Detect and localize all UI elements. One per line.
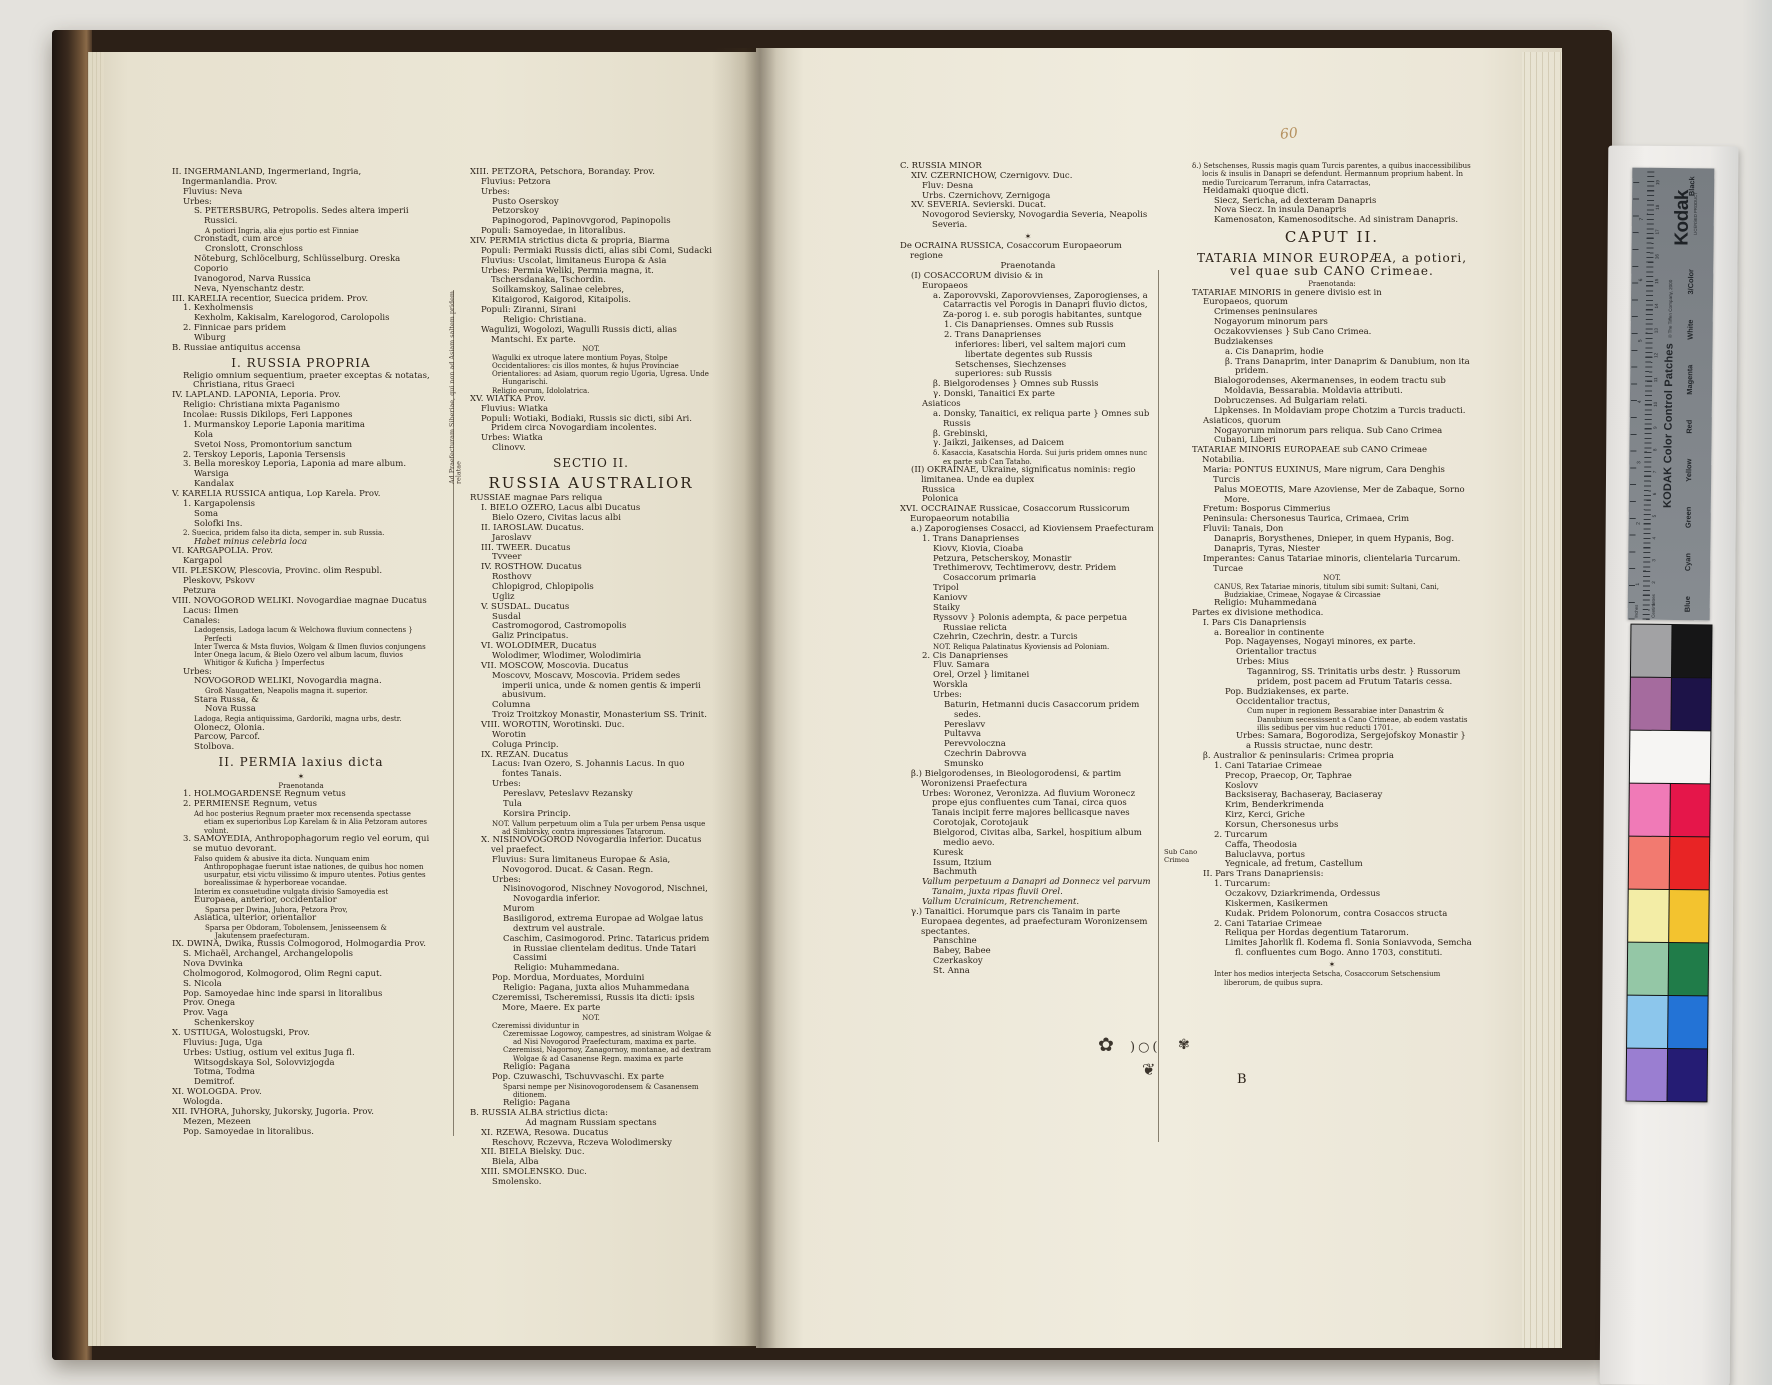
text-line: ✶: [1192, 959, 1472, 970]
text-line: Urbes: Samara, Bogorodiza, Sergejofskoy …: [1192, 732, 1472, 752]
text-line: Pop. Nagayenses, Nogayi minores, ex part…: [1192, 638, 1472, 648]
text-line: II. PERMIA laxius dicta: [172, 753, 430, 771]
text-line: Pop. Samoyedae in litoralibus.: [172, 1128, 430, 1138]
text-line: NOT. Vallum perpetuum olim a Tula per ur…: [470, 820, 712, 837]
label: 6: [1638, 279, 1644, 282]
color-patch: [1627, 996, 1667, 1048]
text-line: Maria: PONTUS EUXINUS, Mare nigrum, Cara…: [1192, 466, 1472, 486]
text-line: Baturin, Hetmanni ducis Casaccorum pride…: [900, 701, 1156, 721]
label: 15: [1654, 279, 1659, 284]
text-line: Lacus: Ivan Ozero, S. Johannis Lacus. In…: [470, 760, 712, 780]
text-line: Pop. Budziakenses, ex parte.: [1192, 688, 1472, 698]
text-line: Urbes: Woronez, Veronizza. Ad fluvium Wo…: [900, 790, 1156, 820]
text-line: Novogorod Seviersky, Novogardia Severia,…: [900, 211, 1156, 231]
column-divider-right: [1158, 270, 1159, 1142]
label: 12: [1653, 353, 1658, 358]
color-patch: [1671, 678, 1711, 730]
text-line: Bialogorodenses, Akermanenses, in eodem …: [1192, 377, 1472, 397]
fleuron-ornament-icon: ✾: [1178, 1037, 1190, 1053]
text-line: Canales:: [172, 617, 430, 627]
text-line: β.) Bielgorodenses, in Bieologorodensi, …: [900, 770, 1156, 790]
label: 14: [1654, 303, 1659, 308]
text-line: Wagulki ex utroque latere montium Poyas,…: [470, 354, 712, 362]
text-line: Vallum perpetuum a Danapri ad Donnecz ve…: [900, 878, 1156, 898]
color-patch: [1627, 1049, 1667, 1101]
text-line: Sparsi nempe per Nisinovogorodensem & Ca…: [470, 1083, 712, 1100]
text-line: Nisinovogorod, Nischney Novogorod, Nisch…: [470, 885, 712, 905]
text-line: TATARIA MINOR EUROPÆA, a potiori, vel qu…: [1192, 249, 1472, 281]
text-line: XVI. OCCRAINAE Russicae, Cosaccorum Russ…: [900, 505, 1156, 525]
text-line: γ. Jaikzi, Jaikenses, ad Daicem: [900, 439, 1156, 449]
inches-label: Inches: [1634, 605, 1639, 618]
color-patch-row: [1628, 943, 1709, 996]
text-line: 3. SAMOYEDIA, Anthropophagorum regio vel…: [172, 835, 430, 855]
text-line: St. Anna: [900, 967, 1156, 977]
right-page-column-2: δ.) Setschenses, Russis magis quam Turci…: [1192, 162, 1472, 1202]
flower-ornament-icon: ✿: [1098, 1034, 1114, 1056]
centimetres-label: Centimetres: [1651, 594, 1656, 618]
color-patch: [1631, 625, 1671, 677]
text-line: Europaea, anterior, occidentalior: [172, 896, 430, 906]
text-line: Pultavva: [900, 730, 1156, 740]
text-line: CAPUT II.: [1192, 226, 1472, 248]
text-line: Ladogensis, Ladoga lacum & Welchowa fluv…: [172, 626, 430, 643]
label: 3/Color: [1686, 269, 1695, 295]
text-line: De OCRAINA RUSSICA, Cosaccorum Europaeor…: [900, 242, 1156, 262]
text-line: Occidentalior tractus,: [1192, 698, 1472, 708]
label: 16: [1654, 254, 1659, 259]
color-patch-row: [1630, 731, 1711, 784]
text-line: Czeremissi, Tscheremissi, Russis ita dic…: [470, 994, 712, 1014]
scanner-edge: [1742, 0, 1772, 1385]
text-line: Moscovv, Moscavv, Moscovia. Pridem sedes…: [470, 672, 712, 702]
color-patch-row: [1631, 625, 1712, 678]
text-line: Czeremissae Logowoy, campestres, ad sini…: [470, 1030, 712, 1047]
text-line: II. INGERMANLAND, Ingermerland, Ingria, …: [172, 168, 430, 188]
text-line: B. Russiae antiquitus accensa: [172, 344, 430, 354]
bee-ornament-icon: ❦: [1142, 1060, 1155, 1079]
text-line: γ.) Tanaitici. Horumque pars cis Tanaim …: [900, 908, 1156, 938]
label: 3: [1636, 461, 1642, 464]
book-cover-left-edge: [52, 30, 92, 1360]
text-line: TATARIAE MINORIS EUROPAEAE sub CANO Crim…: [1192, 446, 1472, 466]
left-page-edge-stack: [88, 52, 104, 1346]
color-patch: [1668, 996, 1708, 1048]
text-line: Ad hoc posterius Regnum praeter mox rece…: [172, 810, 430, 835]
text-line: inferiores: liberi, vel saltem majori cu…: [900, 341, 1156, 361]
kodak-strip-title: KODAK Color Control Patches: [1662, 343, 1676, 508]
label: 7: [1652, 471, 1657, 474]
licensed-product-label: LICENSED PRODUCT: [1693, 192, 1698, 235]
text-line: Smolensko.: [470, 1178, 712, 1188]
label: 5: [1638, 339, 1644, 342]
text-line: Bielgorod, Civitas alba, Sarkel, hospiti…: [900, 829, 1156, 849]
text-line: Inter Onega lacum, & Bielo Ozero vel alb…: [172, 651, 430, 668]
text-line: Asiatica, ulterior, orientalior: [172, 914, 430, 924]
label: 17: [1655, 229, 1660, 234]
text-line: Czeremissi dividuntur in: [470, 1022, 712, 1030]
text-line: Falso quidem & abusive ita dicta. Nunqua…: [172, 855, 430, 888]
text-line: Czeremissi, Nagornoy, Zanagornoy, montan…: [470, 1046, 712, 1063]
text-line: β. Trans Danaprim, inter Danaprim & Danu…: [1192, 358, 1472, 378]
label: 19: [1655, 180, 1660, 185]
right-page-column-1: C. RUSSIA MINORXIV. CZERNICHOW, Czernigo…: [900, 162, 1156, 1222]
text-line: a. Donsky, Tanaitici, ex reliqua parte }…: [900, 410, 1156, 430]
handwritten-page-number: 60: [1279, 125, 1298, 143]
parentheses-ornament: )○(: [1130, 1040, 1161, 1055]
text-line: Imperantes: Canus Tatariae minoris, clie…: [1192, 555, 1472, 575]
text-line: Stolbova.: [172, 743, 430, 753]
color-patch-row: [1627, 996, 1708, 1049]
text-line: NOVOGOROD WELIKI, Novogardia magna.: [172, 677, 430, 687]
text-line: Pop. Czuwaschi, Tschuvvaschi. Ex parte: [470, 1073, 712, 1083]
color-patch: [1670, 784, 1710, 836]
text-line: NOT.: [1192, 574, 1472, 582]
text-line: Inter hos medios interjecta Setscha, Cos…: [1192, 970, 1472, 987]
text-line: δ.) Setschenses, Russis magis quam Turci…: [1192, 162, 1472, 187]
label: 10: [1653, 402, 1658, 407]
text-line: Pereslavv: [900, 721, 1156, 731]
text-line: δ. Kasaccia, Kasatschia Horda. Sui juris…: [900, 449, 1156, 466]
text-line: Sparsa per Obdoram, Tobolensem, Jenissee…: [172, 924, 430, 941]
text-line: Wagulizi, Wogolozi, Wagulli Russis dicti…: [470, 326, 712, 346]
marginal-note: Sub Cano Crimea: [1164, 848, 1206, 864]
label: 8: [1652, 448, 1657, 451]
text-line: Ryssovv } Polonis adempta, & pace perpet…: [900, 614, 1156, 634]
color-patch-row: [1629, 837, 1710, 890]
text-line: Tagannirog, SS. Trinitatis urbs destr. }…: [1192, 668, 1472, 688]
color-patch: [1671, 625, 1711, 677]
label: 9: [1653, 426, 1658, 429]
text-line: Fluvius: Sura limitaneus Europae & Asia,…: [470, 856, 712, 876]
color-patch: [1629, 837, 1669, 889]
left-page-column-2: XIII. PETZORA, Petschora, Boranday. Prov…: [470, 168, 712, 1243]
text-line: a. Zaporovvski, Zaporovvienses, Zaporogi…: [900, 292, 1156, 322]
marginal-vertical-note: Ad Praefecturam Siberiae, qui non ad Asi…: [449, 274, 462, 484]
label: Yellow: [1684, 459, 1693, 482]
color-patch: [1667, 1049, 1707, 1101]
label: 2: [1651, 581, 1656, 584]
scanned-book-page: II. INGERMANLAND, Ingermerland, Ingria, …: [0, 0, 1772, 1385]
label: Red: [1685, 420, 1694, 434]
color-patch-row: [1627, 1049, 1708, 1102]
color-patch: [1628, 943, 1668, 995]
label: 5: [1652, 515, 1657, 518]
text-line: Religio omnium sequentium, praeter excep…: [172, 372, 430, 392]
catchword: B: [1237, 1072, 1247, 1087]
text-line: Populi: Wotiaki, Bodiaki, Russis sic dic…: [470, 415, 712, 435]
book-gutter-shadow: [712, 48, 804, 1348]
label: 4: [1651, 537, 1656, 540]
text-line: Perevvoloczna: [900, 740, 1156, 750]
color-patch: [1630, 678, 1670, 730]
color-patch: [1629, 784, 1669, 836]
color-patch: [1669, 837, 1709, 889]
text-line: Limites Jahorlik fl. Kodema fl. Sonia So…: [1192, 939, 1472, 959]
text-line: Cum nuper in regionem Bessarabiae inter …: [1192, 707, 1472, 732]
text-line: Inter Twerca & Msta fluvios, Wolgam & Il…: [172, 643, 430, 651]
color-patch: [1628, 890, 1668, 942]
text-line: Solofki Ins.: [172, 520, 430, 530]
color-patch-row: [1630, 678, 1711, 731]
label: 7: [1639, 218, 1645, 221]
label: 1: [1635, 583, 1641, 586]
label: Blue: [1683, 596, 1692, 612]
label: 11: [1653, 377, 1658, 382]
text-line: Czehrin, Czechrin, destr. a Turcis: [900, 633, 1156, 643]
text-line: NOT.: [470, 1014, 712, 1022]
text-line: Orientalior tractus: [1192, 648, 1472, 658]
color-patch: [1630, 731, 1711, 784]
color-patch-row: [1629, 784, 1710, 837]
text-line: Occidentaliores: cis illos montes, & huj…: [470, 362, 712, 370]
text-line: Urbes: Permia Weliki, Permia magna, it. …: [470, 267, 712, 287]
text-line: CANUS, Rex Tatariae minoris, titulum sib…: [1192, 583, 1472, 600]
left-page-column-1: II. INGERMANLAND, Ingermerland, Ingria, …: [172, 168, 430, 1243]
label: 4: [1637, 400, 1643, 403]
text-line: Nova Russa: [172, 705, 430, 715]
label: 2: [1636, 522, 1642, 525]
kodak-copyright: © The Tiffen Company, 2000: [1668, 280, 1674, 338]
kodak-ruler-labels: 1234567 12345678910111213141516171819 In…: [1628, 168, 1715, 621]
text-line: Basiligorod, extrema Europae ad Wolgae l…: [470, 915, 712, 935]
text-line: S. PETERSBURG, Petropolis. Sedes altera …: [172, 207, 430, 227]
text-line: Kamenosaton, Kamenosoditsche. Ad sinistr…: [1192, 216, 1472, 226]
kodak-ruler: 1234567 12345678910111213141516171819 In…: [1628, 168, 1715, 621]
color-patch: [1668, 943, 1708, 995]
color-patch-row: [1628, 890, 1709, 943]
text-line: NOT.: [470, 345, 712, 353]
label: 18: [1655, 205, 1660, 210]
color-patch: [1669, 890, 1709, 942]
text-line: Korsira Princip.: [470, 810, 712, 820]
kodak-brand-logo: Kodak: [1672, 190, 1695, 246]
label: Green: [1684, 507, 1693, 528]
text-line: X. NISINOVOGOROD Novogardia inferior. Du…: [470, 836, 712, 856]
label: Magenta: [1685, 365, 1694, 395]
label: 6: [1652, 493, 1657, 496]
text-line: I. RUSSIA PROPRIA: [172, 354, 430, 372]
text-line: Trethimerovv, Techtimerovv, destr. Pride…: [900, 564, 1156, 584]
text-line: Orientaliores: ad Asiam, quorum regio Ug…: [470, 370, 712, 387]
label: 3: [1651, 559, 1656, 562]
text-line: RUSSIA AUSTRALIOR: [470, 472, 712, 494]
right-page-edge-stack: [1522, 52, 1562, 1348]
label: Cyan: [1683, 553, 1692, 571]
text-line: Palus MOEOTIS, Mare Azoviense, Mer de Za…: [1192, 486, 1472, 506]
text-line: Czechrin Dabrovva: [900, 750, 1156, 760]
label: White: [1686, 319, 1695, 339]
text-line: (II) OKRAINAE, Ukraine, significatus nom…: [900, 466, 1156, 486]
text-line: ✶: [172, 771, 430, 782]
text-line: SECTIO II.: [470, 454, 712, 472]
label: 13: [1654, 328, 1659, 333]
text-line: Caschim, Casimogorod. Princ. Tataricus p…: [470, 935, 712, 965]
color-control-patches: [1625, 624, 1712, 1103]
text-line: 2. PERMIENSE Regnum, vetus: [172, 800, 430, 810]
text-line: Clinovv.: [470, 444, 712, 454]
